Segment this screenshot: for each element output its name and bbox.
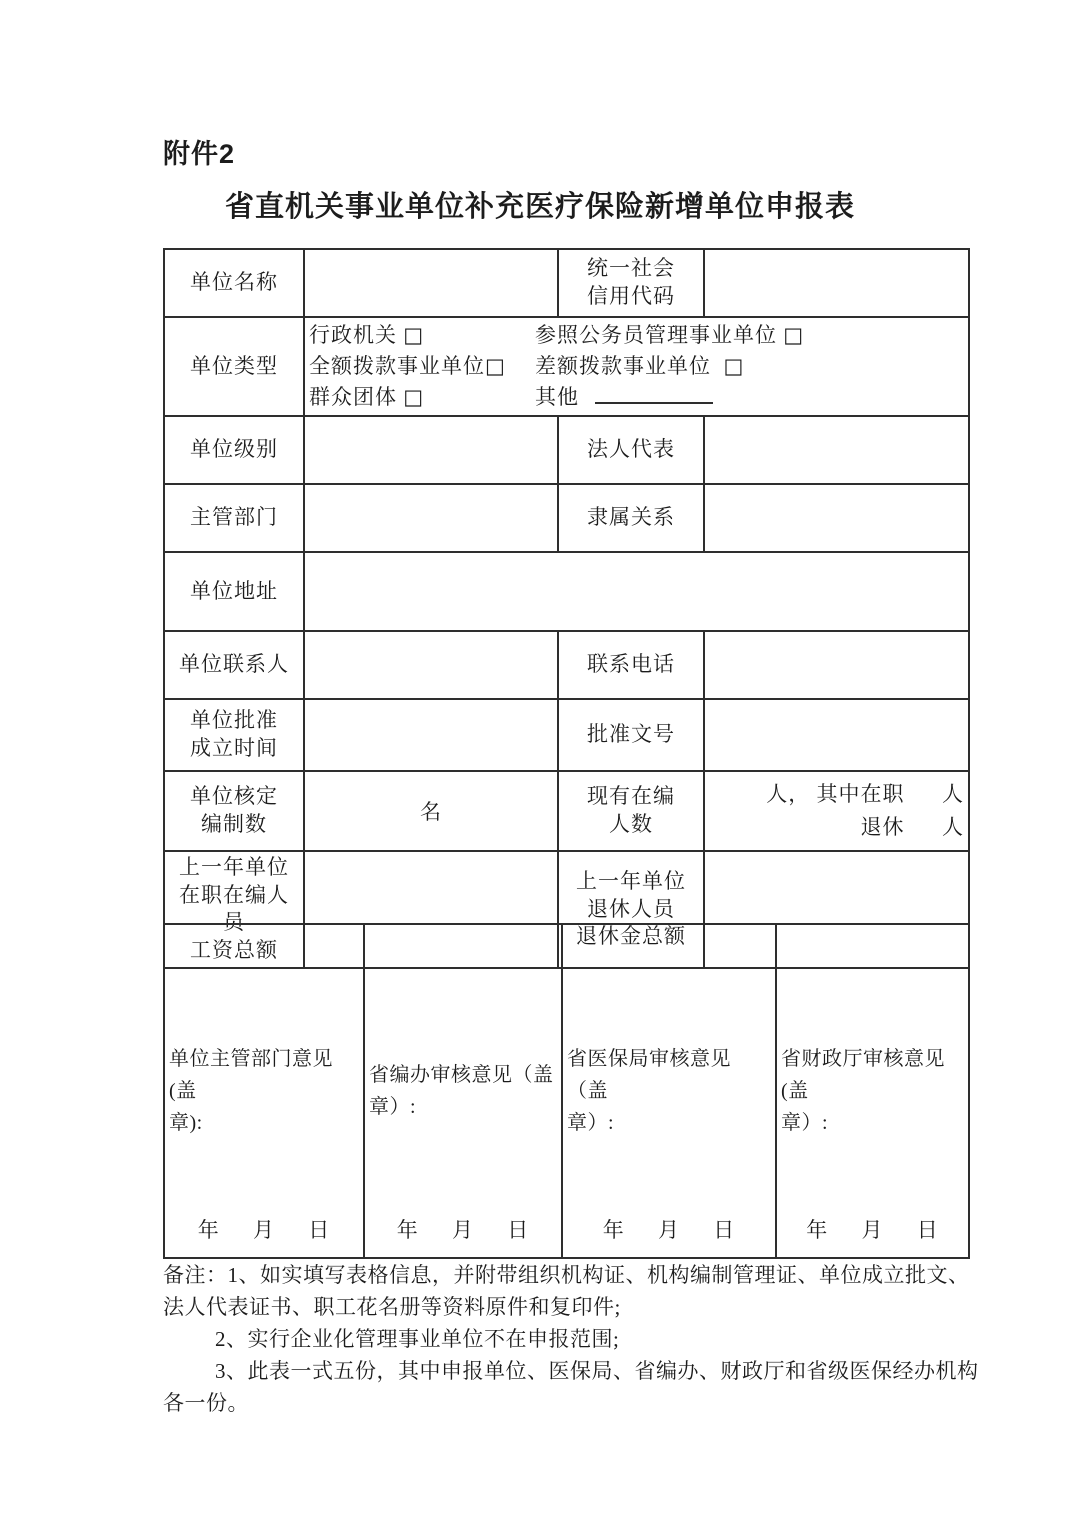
notes: 备注：1、如实填写表格信息，并附带组织机构证、机构编制管理证、单位成立批文、 法… [163,1259,1033,1419]
checkbox-icon: □ [724,354,745,378]
field-label-unit-type: 单位类型 [164,317,304,416]
field-value-phone [704,631,969,699]
row-contact: 单位联系人 联系电话 [164,631,969,699]
option-label-civil-servant-managed: 参照公务员管理事业单位 [535,323,783,347]
field-value-affiliation [704,484,969,552]
field-label-contact: 单位联系人 [164,631,304,699]
signoff-cell-medical-bureau: 省医保局审核意见（盖 章）: 年 月 日 [562,924,776,1258]
note-line-5: 各一份。 [163,1387,1033,1419]
checkbox-icon: □ [485,354,506,378]
note-line-1: 备注：1、如实填写表格信息，并附带组织机构证、机构编制管理证、单位成立批文、 [163,1259,1033,1291]
option-label-mass-organization: 群众团体 [309,385,403,409]
field-label-unit-name: 单位名称 [164,249,304,317]
checkbox-icon: □ [403,385,424,409]
row-unit-name: 单位名称 统一社会 信用代码 [164,249,969,317]
signoff-cell-supervising-dept: 单位主管部门意见(盖 章): 年 月 日 [164,924,364,1258]
signoff-header-staffing-office: 省编办审核意见（盖 章）: [369,1059,557,1123]
unit-type-line-1: 行政机关 □ 参照公务员管理事业单位 □ [309,320,964,351]
note-line-4: 3、此表一式五份，其中申报单位、医保局、省编办、财政厅和省级医保经办机构 [163,1355,1033,1387]
row-approval-time: 单位批准 成立时间 批准文号 [164,699,969,771]
signoff-header-medical-bureau: 省医保局审核意见（盖 章）: [567,1043,771,1139]
document-page: 附件2 省直机关事业单位补充医疗保险新增单位申报表 单位名称 统一社会 信用代码… [0,0,1080,1528]
field-label-approval-doc: 批准文号 [558,699,704,771]
option-label-other: 其他 [535,385,579,409]
field-label-legal-rep: 法人代表 [558,416,704,484]
form-table: 单位名称 统一社会 信用代码 单位类型 行政机关 □ 参照公务员管理事业单位 □… [163,248,970,969]
signoff-cell-staffing-office: 省编办审核意见（盖 章）: 年 月 日 [364,924,562,1258]
field-value-address [304,552,969,631]
checkbox-icon: □ [783,323,804,347]
field-value-unit-name [304,249,558,317]
field-label-phone: 联系电话 [558,631,704,699]
blank-underline [595,384,713,404]
unit-type-options: 行政机关 □ 参照公务员管理事业单位 □ 全额拨款事业单位□ 差额拨款事业单位 … [304,317,969,416]
field-value-legal-rep [704,416,969,484]
signoff-date-finance-dept: 年 月 日 [777,1214,968,1244]
option-label-partially-funded: 差额拨款事业单位 [535,354,724,378]
row-dept: 主管部门 隶属关系 [164,484,969,552]
row-signoff: 单位主管部门意见(盖 章): 年 月 日 省编办审核意见（盖 章）: 年 月 日… [164,924,969,1258]
page-title: 省直机关事业单位补充医疗保险新增单位申报表 [0,184,1080,225]
field-label-staffing: 单位核定 编制数 [164,771,304,851]
signoff-date-staffing-office: 年 月 日 [365,1214,561,1244]
signoff-cell-finance-dept: 省财政厅审核意见(盖 章）: 年 月 日 [776,924,969,1258]
field-value-contact [304,631,558,699]
field-label-dept: 主管部门 [164,484,304,552]
row-address: 单位地址 [164,552,969,631]
note-line-2: 法人代表证书、职工花名册等资料原件和复印件; [163,1291,1033,1323]
option-label-fully-funded: 全额拨款事业单位 [309,354,485,378]
signoff-header-supervising-dept: 单位主管部门意见(盖 章): [169,1043,359,1139]
current-staff-detail: 人， 其中在职 人 退休 人 [704,771,969,851]
field-value-unit-level [304,416,558,484]
field-label-unit-level: 单位级别 [164,416,304,484]
field-label-affiliation: 隶属关系 [558,484,704,552]
attachment-label: 附件2 [163,132,235,171]
field-label-address: 单位地址 [164,552,304,631]
row-unit-level: 单位级别 法人代表 [164,416,969,484]
checkbox-icon: □ [403,323,424,347]
field-label-approval-time: 单位批准 成立时间 [164,699,304,771]
option-label-admin-organ: 行政机关 [309,323,403,347]
field-label-credit-code: 统一社会 信用代码 [558,249,704,317]
field-value-credit-code [704,249,969,317]
field-value-approval-doc [704,699,969,771]
row-staffing: 单位核定 编制数 名 现有在编 人数 人， 其中在职 人 退休 人 [164,771,969,851]
field-value-dept [304,484,558,552]
staffing-unit-label: 名 [304,771,558,851]
signoff-date-supervising-dept: 年 月 日 [165,1214,363,1244]
row-unit-type: 单位类型 行政机关 □ 参照公务员管理事业单位 □ 全额拨款事业单位□ 差额拨款… [164,317,969,416]
unit-type-line-2: 全额拨款事业单位□ 差额拨款事业单位 □ [309,351,964,382]
field-label-current-staff: 现有在编 人数 [558,771,704,851]
note-line-3: 2、实行企业化管理事业单位不在申报范围; [163,1323,1033,1355]
field-value-approval-time [304,699,558,771]
signoff-date-medical-bureau: 年 月 日 [563,1214,775,1244]
unit-type-line-3: 群众团体 □ 其他 [309,382,964,413]
signoff-header-finance-dept: 省财政厅审核意见(盖 章）: [781,1043,964,1139]
signoff-table: 单位主管部门意见(盖 章): 年 月 日 省编办审核意见（盖 章）: 年 月 日… [163,923,970,1259]
